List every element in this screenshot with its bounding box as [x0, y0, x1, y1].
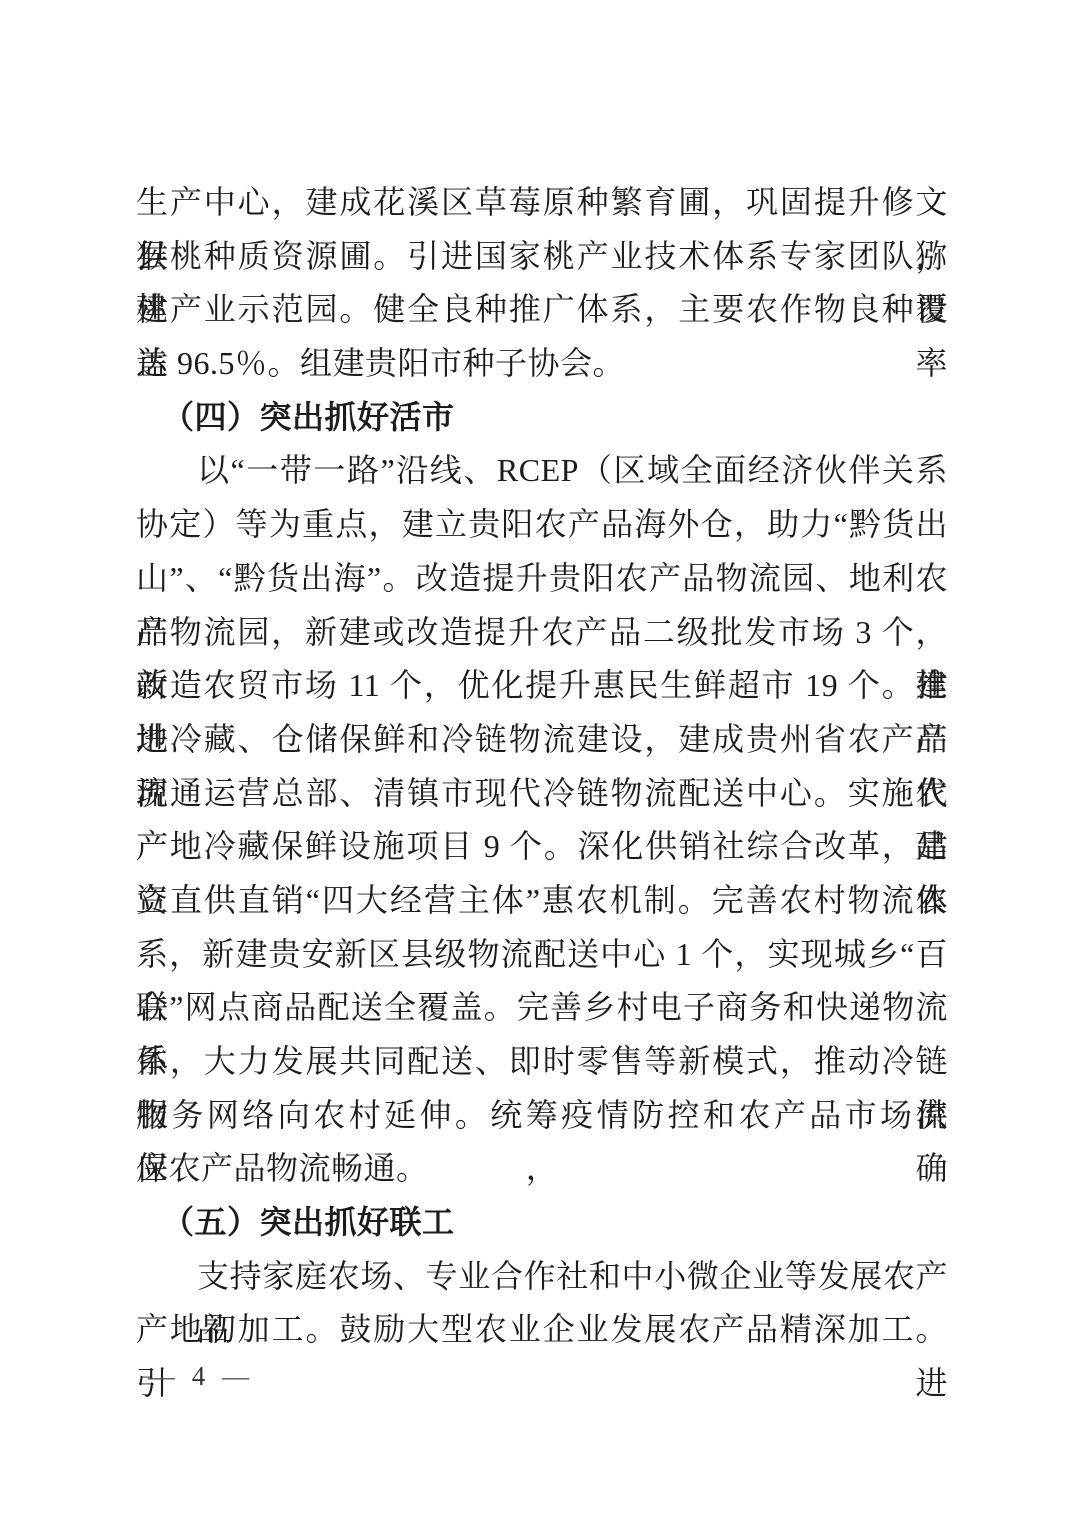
text-line: 以“一带一路”沿线、RCEP（区域全面经济伙伴关系 [136, 444, 948, 498]
text-line: 猴桃种质资源圃。引进国家桃产业技术体系专家团队，建设 [136, 230, 948, 284]
text-line: 系，新建贵安新区县级物流配送中心 1 个，实现城乡“百合 [136, 928, 948, 982]
document-page: 生产中心，建成花溪区草莓原种繁育圃，巩固提升修文县猕猴桃种质资源圃。引进国家桃产… [0, 0, 1080, 1528]
text-line: 桃产业示范园。健全良种推广体系，主要农作物良种覆盖率 [136, 283, 948, 337]
text-line: 生产中心，建成花溪区草莓原种繁育圃，巩固提升修文县猕 [136, 176, 948, 230]
section-heading: （五）突出抓好联工 [136, 1196, 948, 1250]
text-line: 系，大力发展共同配送、即时零售等新模式，推动冷链物流 [136, 1035, 948, 1089]
text-line: 支持家庭农场、专业合作社和中小微企业等发展农产品 [136, 1250, 948, 1304]
section-heading: （四）突出抓好活市 [136, 391, 948, 445]
text-line: 联”网点商品配送全覆盖。完善乡村电子商务和快递物流体 [136, 981, 948, 1035]
text-line: 品物流园，新建或改造提升农产品二级批发市场 3 个，新建 [136, 606, 948, 660]
text-line: 地冷藏、仓储保鲜和冷链物流建设，建成贵州省农产品现代 [136, 713, 948, 767]
footer-page-number: 4 [192, 1356, 206, 1396]
text-line: 协定）等为重点，建立贵阳农产品海外仓，助力“黔货出 [136, 498, 948, 552]
text-line: 产地冷藏保鲜设施项目 9 个。深化供销社综合改革，建立农 [136, 820, 948, 874]
text-line: 山”、“黔货出海”。改造提升贵阳农产品物流园、地利农产 [136, 552, 948, 606]
text-line: 服务网络向农村延伸。统筹疫情防控和农产品市场供应，确 [136, 1089, 948, 1143]
text-line: 资直供直销“四大经营主体”惠农机制。完善农村物流体 [136, 874, 948, 928]
text-line: 产地初加工。鼓励大型农业企业发展农产品精深加工。引进 [136, 1303, 948, 1357]
page-footer: — 4 — [148, 1356, 249, 1396]
document-lines: 生产中心，建成花溪区草莓原种繁育圃，巩固提升修文县猕猴桃种质资源圃。引进国家桃产… [136, 176, 948, 1357]
footer-left-dash: — [148, 1361, 175, 1391]
text-line: 流通运营总部、清镇市现代冷链物流配送中心。实施农产品 [136, 767, 948, 821]
footer-right-dash: — [222, 1361, 249, 1391]
text-line: 改造农贸市场 11 个，优化提升惠民生鲜超市 19 个。推进产 [136, 659, 948, 713]
